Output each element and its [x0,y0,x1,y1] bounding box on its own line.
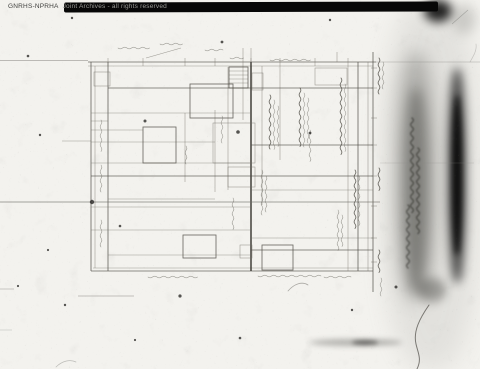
black-speckle-noise [0,0,480,369]
film-grain-overlay [0,0,480,369]
watermark-prefix: GNRHS-NPRHA [8,3,59,10]
scan-page: GNRHS-NPRHAJoint Archives - all rights r… [0,0,480,369]
watermark-suffix: Joint Archives - all rights reserved [63,3,167,10]
watermark-text: GNRHS-NPRHAJoint Archives - all rights r… [8,3,167,10]
